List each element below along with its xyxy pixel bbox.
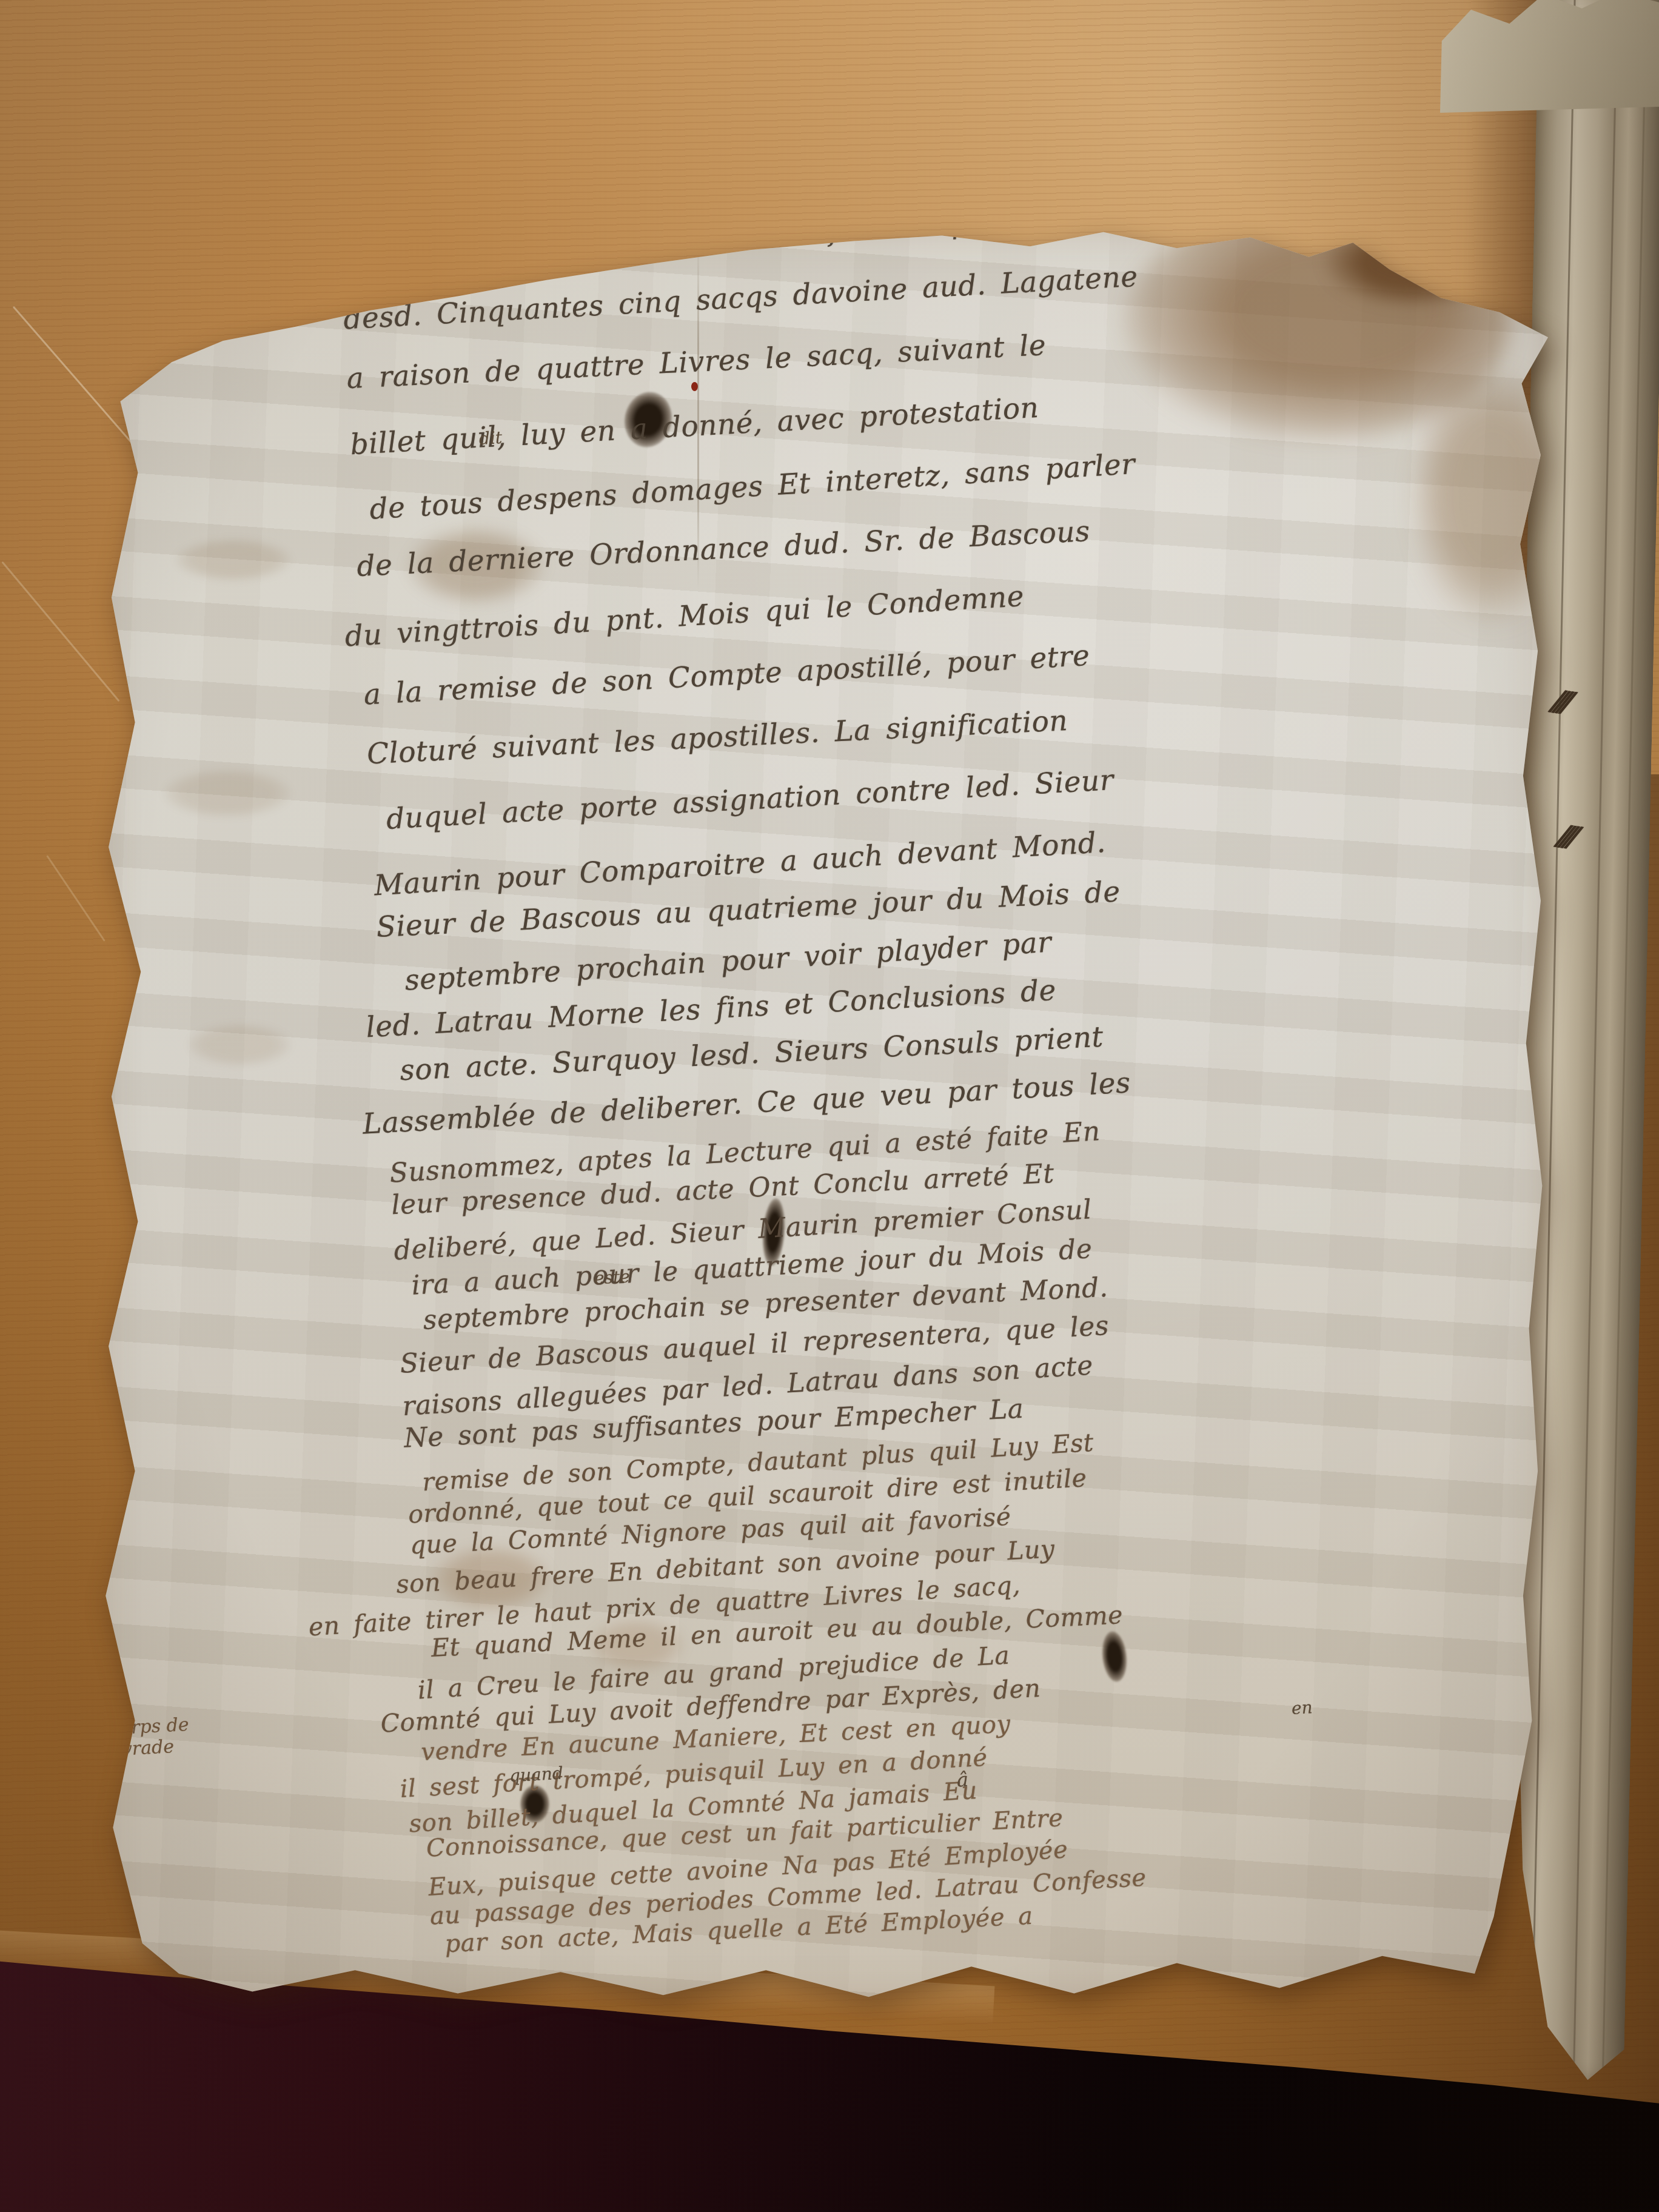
manuscript-paper-wrap: du Magazin des la Cominté de faite la pa… xyxy=(91,223,1558,2006)
margin-note: Corps de rivrade xyxy=(106,1713,223,1761)
interlinear-insertion: en xyxy=(1291,1697,1313,1718)
interlinear-insertion: quand xyxy=(509,1763,563,1786)
bundle-crease xyxy=(1573,0,1618,2080)
manuscript-text: du Magazin des la Cominté de faite la pa… xyxy=(158,177,1638,1978)
manuscript-paper: du Magazin des la Cominté de faite la pa… xyxy=(91,223,1558,2006)
interlinear-insertion: este xyxy=(594,1266,630,1288)
interlinear-insertion: dit xyxy=(478,427,503,449)
photo-scene: ∕∕∕∕ ∕∕∕∕ du Magazin des la Cominté de f… xyxy=(0,0,1659,2212)
interlinear-insertion: â xyxy=(956,1768,969,1792)
